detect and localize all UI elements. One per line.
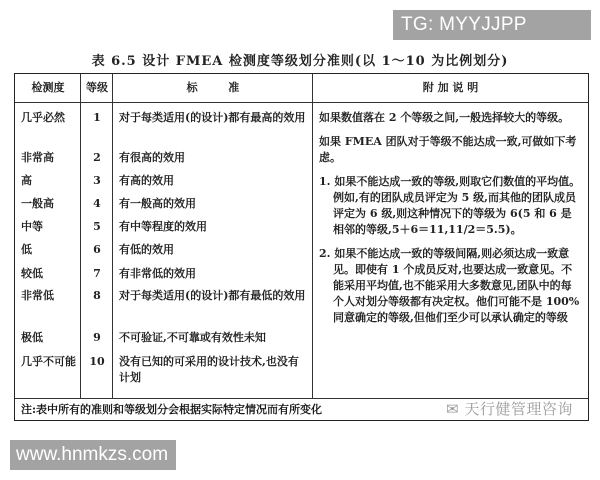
detection-cell: 一般高: [21, 196, 81, 212]
criteria-cell: 有非常低的效用: [119, 266, 307, 282]
detection-cell: 较低: [21, 266, 81, 282]
note-item: 1. 如果不能达成一致的等级,则取它们数值的平均值。例如,有的团队成员评定为 5…: [319, 174, 581, 238]
note-item: 2. 如果不能达成一致的等级间隔,则必须达成一致意见。即使有 1 个成员反对,也…: [319, 246, 581, 326]
detection-cell: 非常高: [21, 150, 81, 166]
criteria-cell: 有很高的效用: [119, 150, 307, 166]
criteria-cell: 对于每类适用(的设计)都有最低的效用: [119, 288, 307, 304]
detection-cell: 高: [21, 173, 81, 189]
rank-cell: 8: [81, 288, 113, 304]
criteria-cell: 对于每类适用(的设计)都有最高的效用: [119, 110, 307, 126]
detection-cell: 低: [21, 242, 81, 258]
watermark-tg-badge: TG: MYYJJPP: [393, 10, 591, 40]
detection-cell: 非常低: [21, 288, 81, 304]
note-paragraph: 如果 FMEA 团队对于等级不能达成一致,可做如下考虑。: [319, 134, 581, 166]
rank-cell: 6: [81, 242, 113, 258]
rank-cell: 2: [81, 150, 113, 166]
detection-cell: 几乎必然: [21, 110, 81, 126]
criteria-cell: 有中等程度的效用: [119, 219, 307, 235]
rank-cell: 9: [81, 330, 113, 346]
wechat-icon: ✉: [446, 400, 464, 418]
criteria-cell: 不可验证,不可靠或有效性未知: [119, 330, 307, 346]
rank-cell: 3: [81, 173, 113, 189]
note-paragraph: 如果数值落在 2 个等级之间,一般选择较大的等级。: [319, 110, 581, 126]
header-rank: 等级: [81, 74, 113, 102]
criteria-cell: 有高的效用: [119, 173, 307, 189]
rank-cell: 1: [81, 110, 113, 126]
watermark-logo-text: 天行健管理咨询: [464, 400, 573, 418]
rank-cell: 4: [81, 196, 113, 212]
watermark-site-badge: www.hnmkzs.com: [10, 440, 176, 470]
rank-cell: 5: [81, 219, 113, 235]
criteria-cell: 没有已知的可采用的设计技术,也没有计划: [119, 354, 307, 386]
notes-cell: 如果数值落在 2 个等级之间,一般选择较大的等级。 如果 FMEA 团队对于等级…: [319, 110, 581, 326]
rank-cell: 10: [81, 354, 113, 370]
table-header-row: 检测度 等级 标 准 附 加 说 明: [15, 74, 588, 103]
col-divider: [312, 74, 313, 398]
rank-cell: 7: [81, 266, 113, 282]
header-notes: 附 加 说 明: [313, 74, 588, 102]
detection-cell: 几乎不可能: [21, 354, 81, 370]
detection-cell: 中等: [21, 219, 81, 235]
watermark-logo: ✉ 天行健管理咨询: [446, 398, 573, 419]
criteria-cell: 有低的效用: [119, 242, 307, 258]
criteria-cell: 有一般高的效用: [119, 196, 307, 212]
header-detection: 检测度: [15, 74, 81, 102]
header-criteria: 标 准: [113, 74, 313, 102]
detection-cell: 极低: [21, 330, 81, 346]
table-caption: 表 6.5 设计 FMEA 检测度等级划分准则(以 1～10 为比例划分): [0, 50, 600, 69]
fmea-detection-table: 检测度 等级 标 准 附 加 说 明 几乎必然 1 对于每类适用(的设计)都有最…: [14, 73, 589, 421]
